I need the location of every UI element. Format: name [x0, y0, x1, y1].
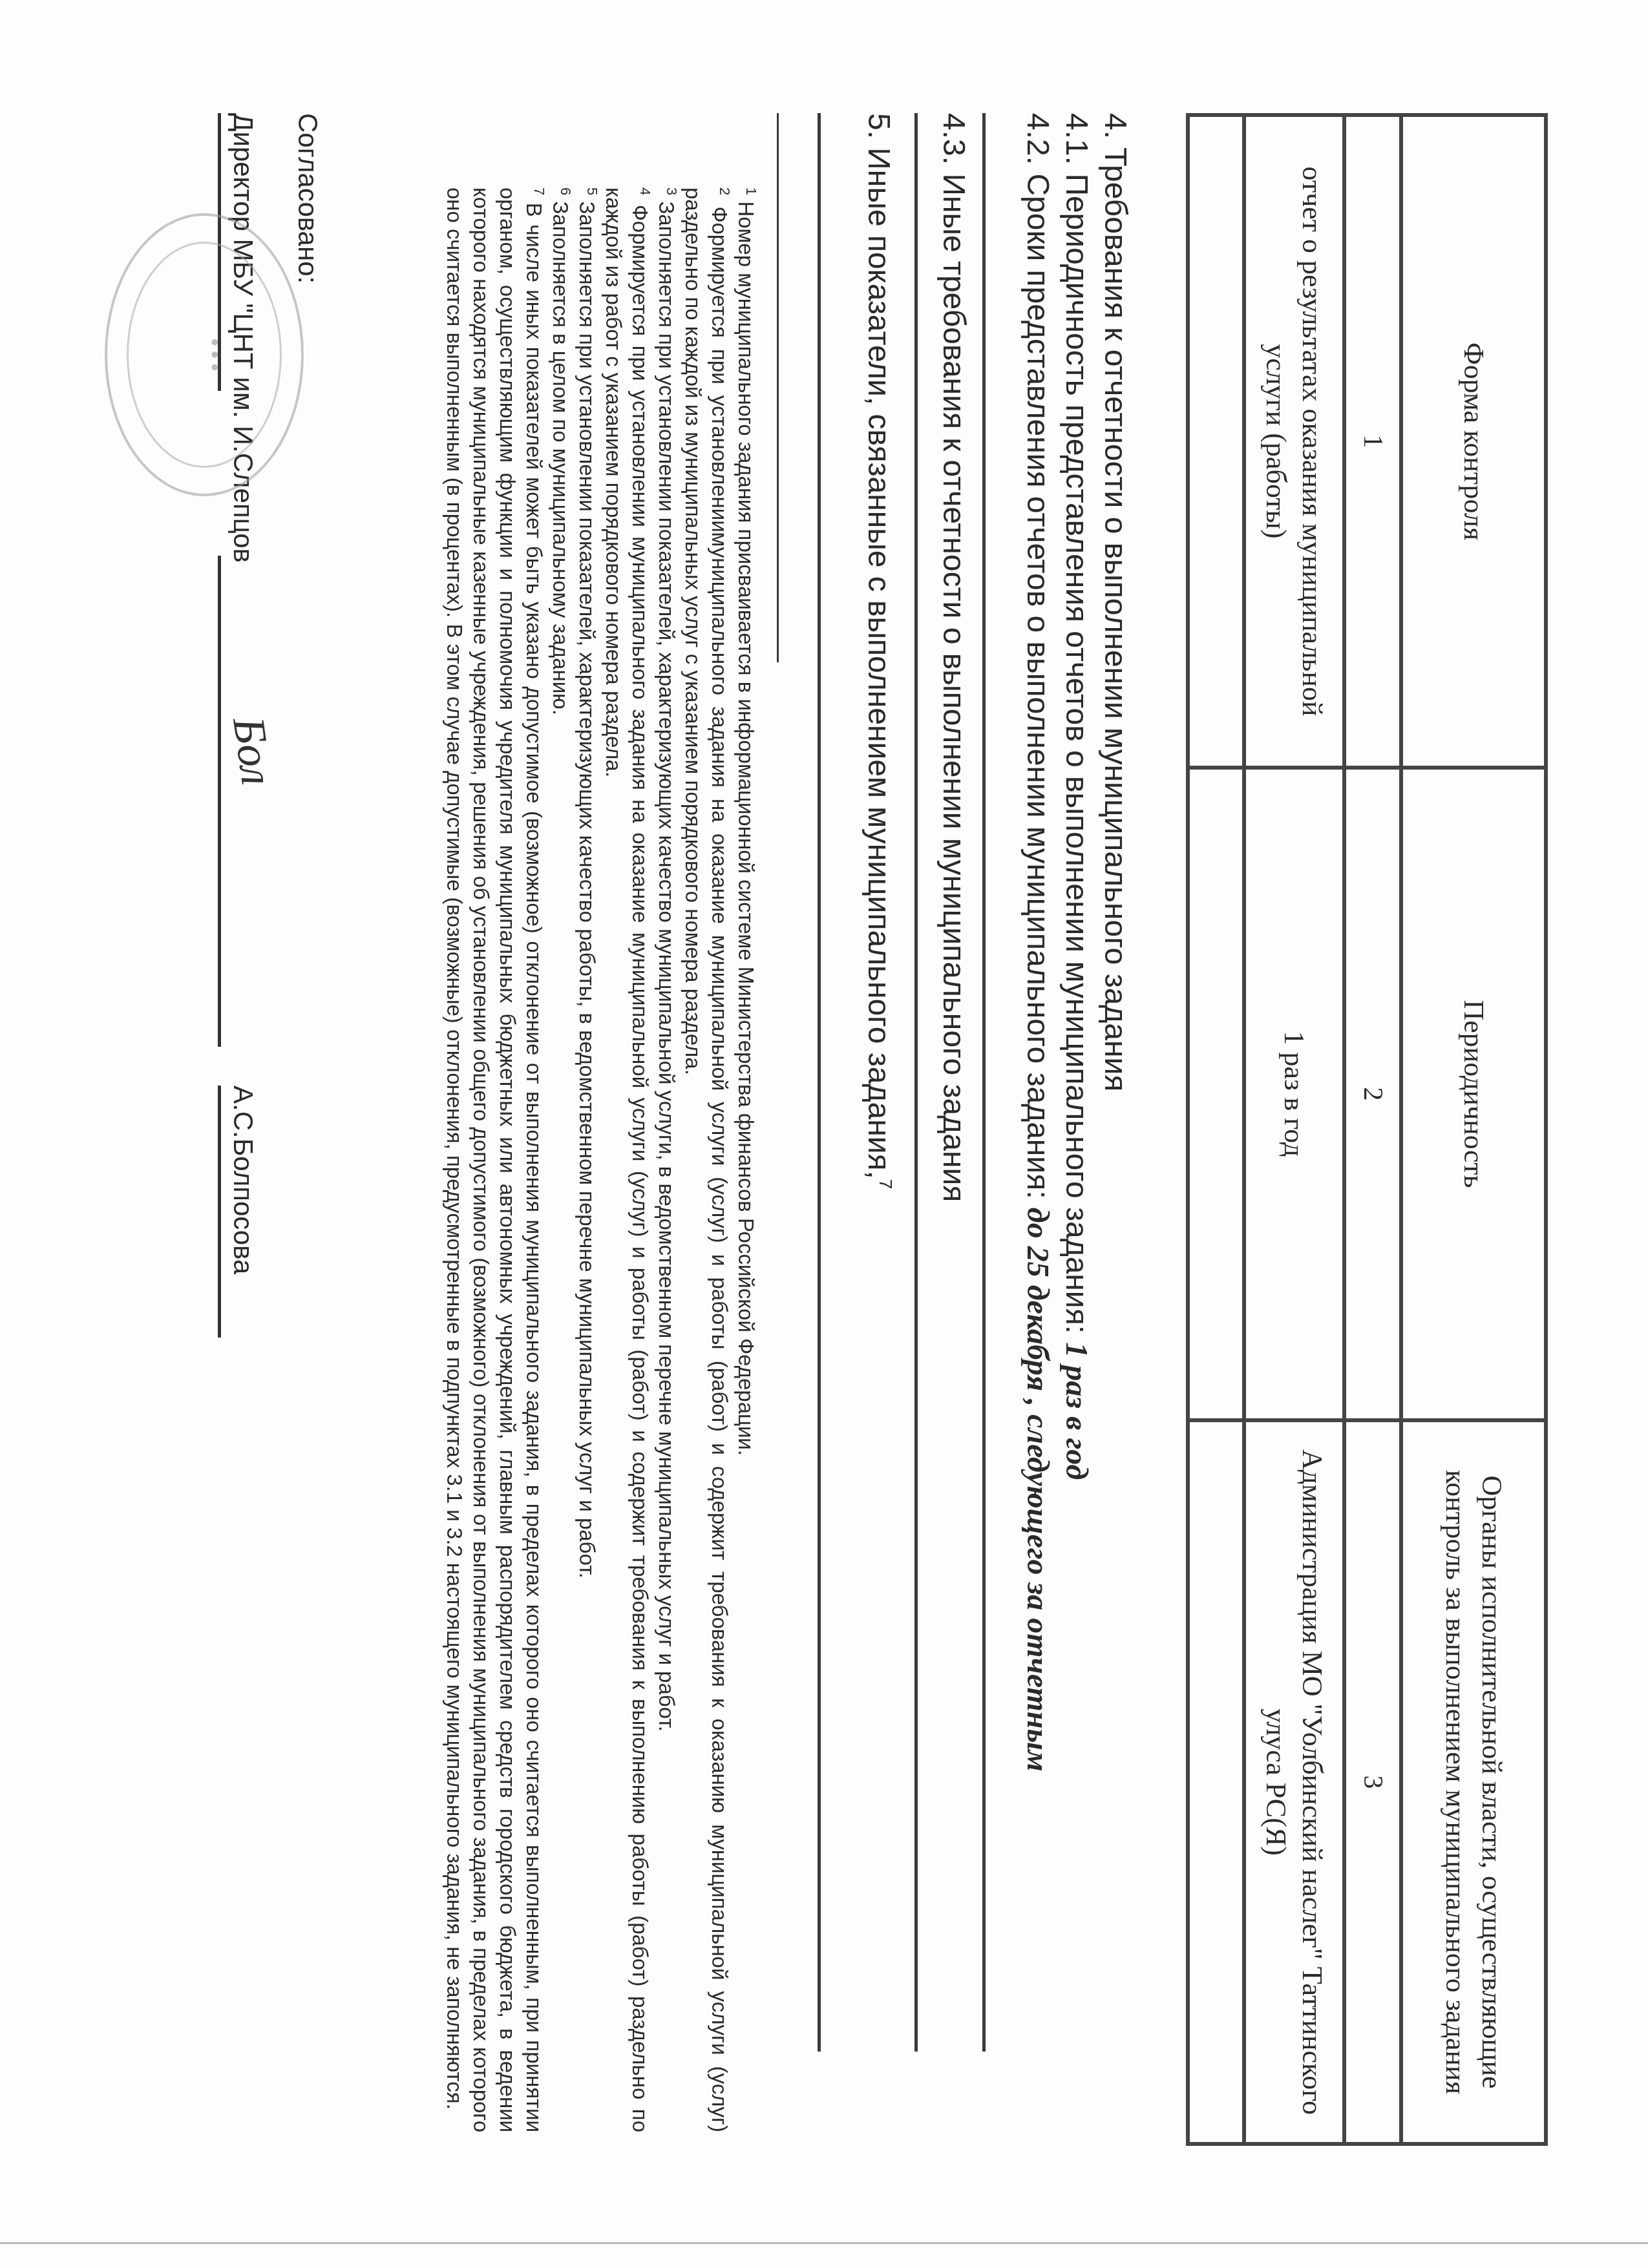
footnote-ref: 7: [876, 1179, 896, 1190]
approval-name: А.С.Болпосова: [227, 1086, 259, 1274]
divider: [982, 113, 986, 2052]
header-control-form: Форма контроля: [1401, 115, 1546, 768]
control-forms-table: Форма контроля Периодичность Органы испо…: [1186, 113, 1548, 2146]
section-4-1-value: 1 раз в год: [1059, 1342, 1093, 1480]
header-periodicity: Периодичность: [1401, 768, 1546, 1420]
column-number: 1: [1344, 115, 1401, 768]
table-row: отчет о результатах оказания муниципальн…: [1244, 115, 1344, 2144]
header-executive-bodies: Органы исполнительной власти, осуществля…: [1401, 1420, 1546, 2144]
section-4-2-label: 4.2. Сроки представления отчетов о выпол…: [1020, 113, 1055, 1208]
footnote: 7 В числе иных показателей может быть ук…: [441, 142, 547, 2132]
document-page: Форма контроля Периодичность Органы испо…: [0, 0, 1648, 2268]
column-number: 2: [1344, 768, 1401, 1420]
signature-line: [218, 556, 221, 1047]
divider: [914, 113, 918, 2052]
cell-executive-body: Администрация МО "Уолбинский наслег" Тат…: [1244, 1420, 1344, 2144]
handwritten-signature: Бол: [222, 714, 282, 788]
name-underline: [218, 1086, 221, 1338]
footnote: 6 Заполняется в целом по муниципальному …: [547, 142, 574, 2132]
footnote-separator: [777, 113, 779, 662]
section-4-2: 4.2. Сроки представления отчетов о выпол…: [1018, 113, 1057, 1772]
section-5-title: 5. Иные показатели, связанные с выполнен…: [859, 113, 905, 1189]
footnote: 4 Формируется при установлении муниципал…: [600, 142, 653, 2132]
column-number: 3: [1344, 1420, 1401, 2144]
approval-label: Согласовано:: [292, 113, 323, 284]
divider: [818, 113, 821, 2052]
footnote: 3 Заполняется при установлении показател…: [653, 142, 680, 2132]
footnote: 5 Заполняется при установлении показател…: [574, 142, 600, 2132]
section-4-1-label: 4.1. Периодичность представления отчетов…: [1059, 113, 1093, 1342]
footnotes: 1 Номер муниципального задания присваива…: [441, 142, 759, 2132]
page-edge: [0, 2242, 1648, 2244]
section-4-1: 4.1. Периодичность представления отчетов…: [1057, 113, 1095, 1480]
table-row-empty: [1188, 115, 1244, 2144]
cell-periodicity: 1 раз в год: [1244, 768, 1344, 1420]
section-4-2-value: до 25 декабря , следующего за отчетным: [1020, 1208, 1055, 1772]
table-column-numbers-row: 1 2 3: [1344, 115, 1401, 2144]
table-header-row: Форма контроля Периодичность Органы испо…: [1401, 115, 1546, 2144]
cell-control-form: отчет о результатах оказания муниципальн…: [1244, 115, 1344, 768]
official-stamp-icon: ● ● ●: [105, 213, 304, 496]
section-4-title: 4. Требования к отчетности о выполнении …: [1095, 113, 1134, 1091]
footnote: 2 Формируется при установлениимуниципаль…: [680, 142, 733, 2132]
section-4-3: 4.3. Иные требования к отчетности о выпо…: [934, 113, 973, 1202]
footnote: 1 Номер муниципального задания присваива…: [733, 142, 759, 2132]
